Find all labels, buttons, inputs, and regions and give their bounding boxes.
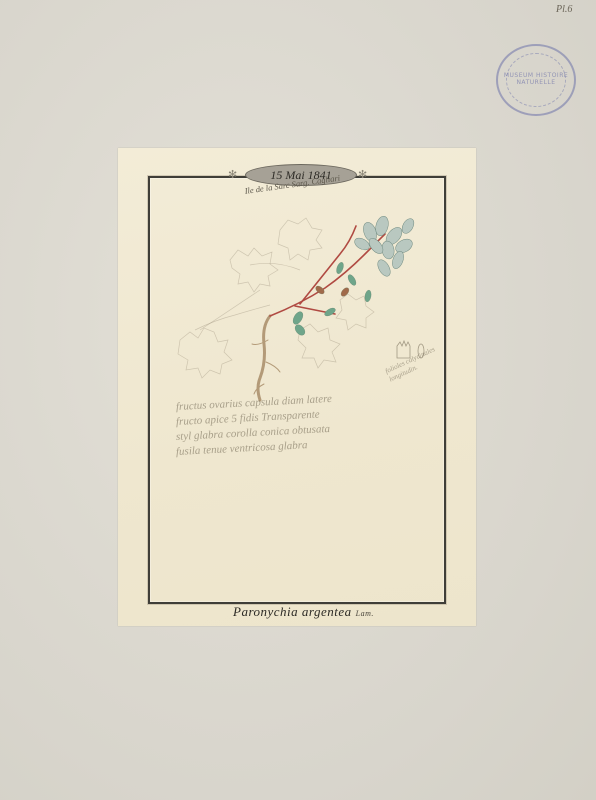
- flower-cluster: [353, 215, 417, 279]
- species-label: Paronychia argenteaLam.: [233, 604, 374, 620]
- species-name: Paronychia argentea: [233, 604, 352, 619]
- root: [252, 316, 280, 400]
- species-author: Lam.: [356, 609, 374, 618]
- handwritten-notes: fructus ovarius capsula diam latere fruc…: [176, 400, 406, 460]
- pencil-sketch: [178, 218, 374, 378]
